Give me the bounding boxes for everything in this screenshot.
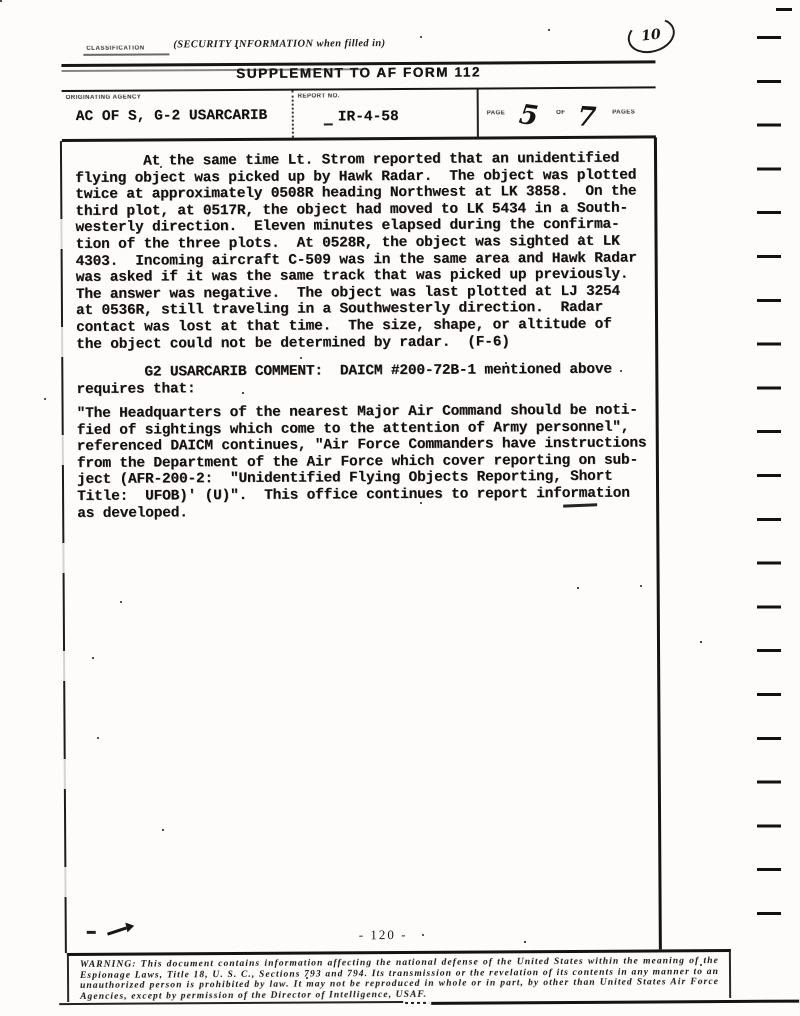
classification-label: CLASSIFICATION <box>86 46 144 52</box>
right-margin-tick-marks <box>757 36 781 916</box>
bottom-rule-dots <box>405 1002 429 1004</box>
warning-box: WARNING: This document contains informat… <box>67 949 731 1002</box>
classification-underline <box>83 53 169 56</box>
form-header: SUPPLEMENT TO AF FORM 112 ORIGINATING AG… <box>61 60 655 142</box>
right-border-rule <box>654 137 661 949</box>
scanned-form: CLASSIFICATION (SECURITY INFORMATION whe… <box>0 0 800 1016</box>
report-no-value: IR-4-58 <box>338 109 399 125</box>
originating-agency-value: AC OF S, G-2 USARCARIB <box>76 108 268 125</box>
originating-agency-label: ORIGINATING AGENCY <box>66 95 142 101</box>
document-page: CLASSIFICATION (SECURITY INFORMATION whe… <box>0 0 800 1016</box>
report-no-label: REPORT NO. <box>298 93 340 99</box>
paragraph-daicm-quote: "The Headquarters of the nearest Major A… <box>77 402 647 522</box>
page-count-cell: PAGE 5 OF 7 PAGES <box>479 88 656 136</box>
report-no-cell: REPORT NO. IR-4-58 <box>294 90 479 138</box>
handwritten-page-value: 5 <box>517 101 539 130</box>
form-header-row: ORIGINATING AGENCY AC OF S, G-2 USARCARI… <box>62 88 656 142</box>
page-mark-number: 10 <box>641 26 662 44</box>
paragraph-g2-comment: G2 USARCARIB COMMENT: DAICM #200-72B-1 m… <box>76 362 612 398</box>
originating-agency-cell: ORIGINATING AGENCY AC OF S, G-2 USARCARI… <box>62 91 294 139</box>
pen-dash <box>324 123 333 125</box>
scan-noise <box>0 0 2 2</box>
handwritten-pages-value: 7 <box>576 103 596 131</box>
corner-tick-mark <box>776 8 792 11</box>
paragraph-radar-report: At the same time Lt. Strom reported that… <box>75 151 637 354</box>
of-label: OF <box>556 109 565 115</box>
page-number: - 120 - <box>359 927 408 943</box>
handwritten-page-mark: 10 <box>623 12 679 58</box>
left-border-rule <box>60 141 67 953</box>
security-note: (SECURITY INFORMATION when filled in) <box>173 38 385 50</box>
page-label: PAGE <box>487 110 506 116</box>
pages-label: PAGES <box>612 109 635 115</box>
warning-text: WARNING: This document contains informat… <box>80 956 719 1002</box>
handwritten-arrow-mark <box>106 920 136 940</box>
pen-dash-mark <box>87 931 96 934</box>
bottom-rule-right <box>431 1000 799 1005</box>
